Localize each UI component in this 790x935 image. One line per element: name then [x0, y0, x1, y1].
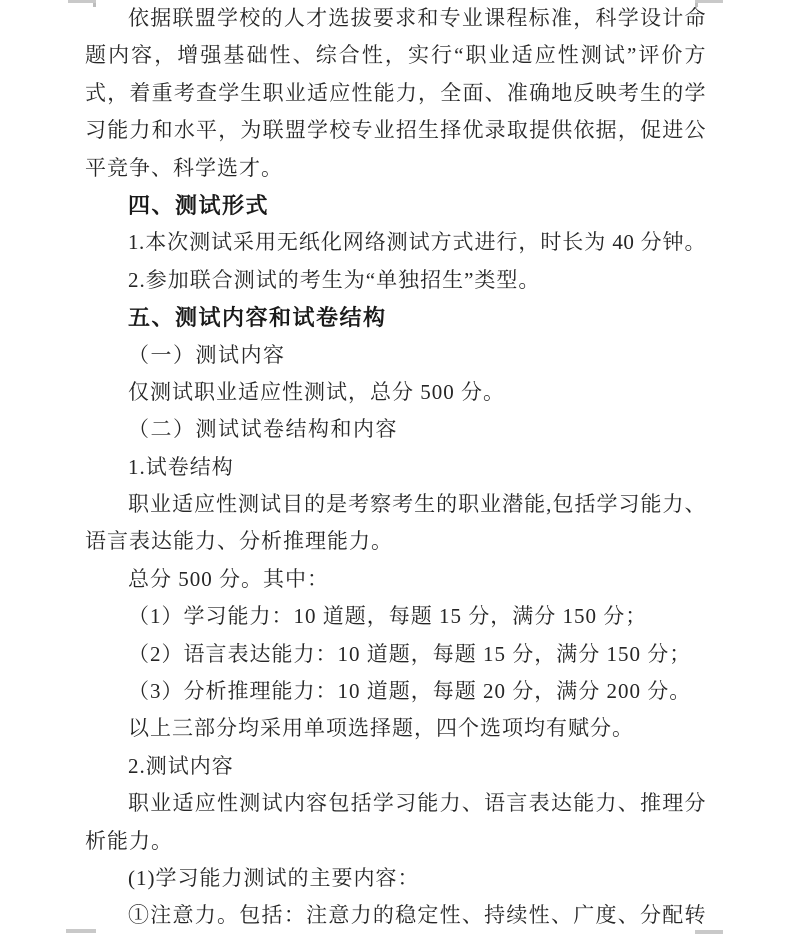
- text-line: ①注意力。包括：注意力的稳定性、持续性、广度、分配转: [85, 897, 706, 934]
- document-page: 依据联盟学校的人才选拔要求和专业课程标准，科学设计命题内容，增强基础性、综合性，…: [0, 0, 790, 935]
- text-line: （一）测试内容: [85, 337, 706, 374]
- text-line: 仅测试职业适应性测试，总分 500 分。: [85, 374, 706, 411]
- text-line: 以上三部分均采用单项选择题，四个选项均有赋分。: [85, 710, 706, 747]
- text-line: 习能力和水平，为联盟学校专业招生择优录取提供依据，促进公: [85, 112, 706, 149]
- text-line: 职业适应性测试目的是考察考生的职业潜能,包括学习能力、: [85, 486, 706, 523]
- text-line: 1.试卷结构: [85, 449, 706, 486]
- section-heading: 四、测试形式: [85, 187, 706, 224]
- text-line: 2.测试内容: [85, 748, 706, 785]
- text-line: （1）学习能力：10 道题，每题 15 分，满分 150 分；: [85, 598, 706, 635]
- text-line: 平竞争、科学选才。: [85, 150, 706, 187]
- text-line: 2.参加联合测试的考生为“单独招生”类型。: [85, 262, 706, 299]
- text-line: 题内容，增强基础性、综合性，实行“职业适应性测试”评价方: [85, 37, 706, 74]
- text-line: 式，着重考查学生职业适应性能力，全面、准确地反映考生的学: [85, 75, 706, 112]
- text-line: 依据联盟学校的人才选拔要求和专业课程标准，科学设计命: [85, 0, 706, 37]
- document-body: 依据联盟学校的人才选拔要求和专业课程标准，科学设计命题内容，增强基础性、综合性，…: [85, 0, 706, 935]
- text-line: (1)学习能力测试的主要内容：: [85, 860, 706, 897]
- text-line: 职业适应性测试内容包括学习能力、语言表达能力、推理分: [85, 785, 706, 822]
- text-line: 语言表达能力、分析推理能力。: [85, 523, 706, 560]
- text-line: （3）分析推理能力：10 道题，每题 20 分，满分 200 分。: [85, 673, 706, 710]
- section-heading: 五、测试内容和试卷结构: [85, 299, 706, 336]
- text-line: （2）语言表达能力：10 道题，每题 15 分，满分 150 分；: [85, 636, 706, 673]
- text-line: 总分 500 分。其中：: [85, 561, 706, 598]
- text-line: 析能力。: [85, 823, 706, 860]
- text-line: （二）测试试卷结构和内容: [85, 411, 706, 448]
- text-line: 1.本次测试采用无纸化网络测试方式进行，时长为 40 分钟。: [85, 224, 706, 261]
